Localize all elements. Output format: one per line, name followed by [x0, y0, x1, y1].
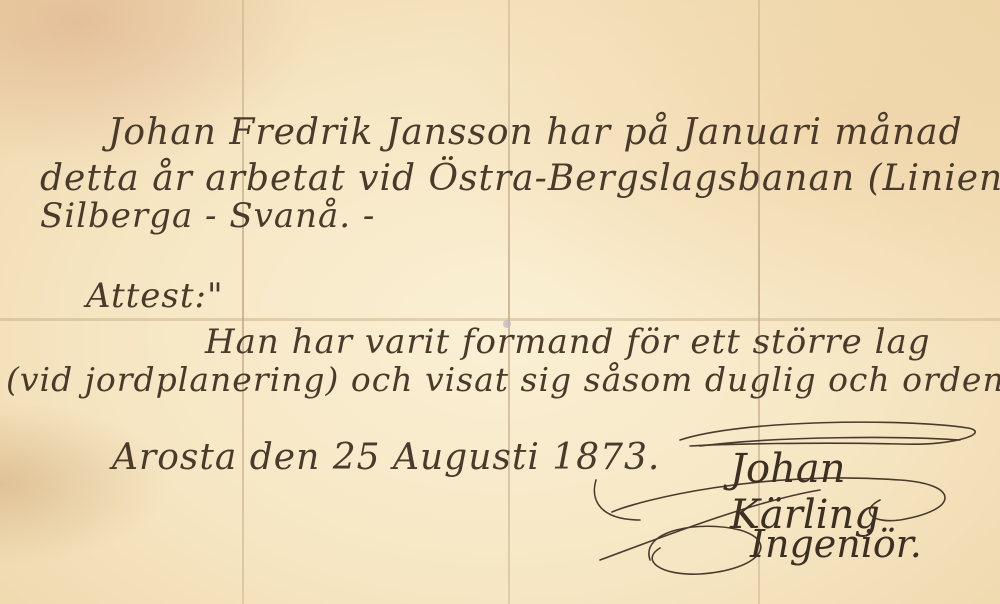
horizontal-fold-line	[0, 318, 1000, 321]
attest-heading: Attest:"	[86, 276, 224, 316]
date-line: Arosta den 25 Augusti 1873.	[112, 437, 660, 478]
text-line-2: detta år arbetat vid Östra-Bergslagsbana…	[40, 158, 1000, 199]
text-line-5: Han har varit formand för ett större lag	[205, 322, 931, 362]
vertical-fold-line	[242, 0, 244, 604]
signature-title: Ingeniör.	[750, 522, 922, 566]
text-line-3: Silberga - Svanå. -	[40, 196, 375, 236]
text-line-6: (vid jordplanering) och visat sig såsom …	[6, 360, 1000, 399]
text-line-1: Johan Fredrik Jansson har på Januari mån…	[108, 112, 963, 153]
aged-paper-document: Johan Fredrik Jansson har på Januari mån…	[0, 0, 1000, 604]
vertical-fold-line	[508, 0, 510, 604]
